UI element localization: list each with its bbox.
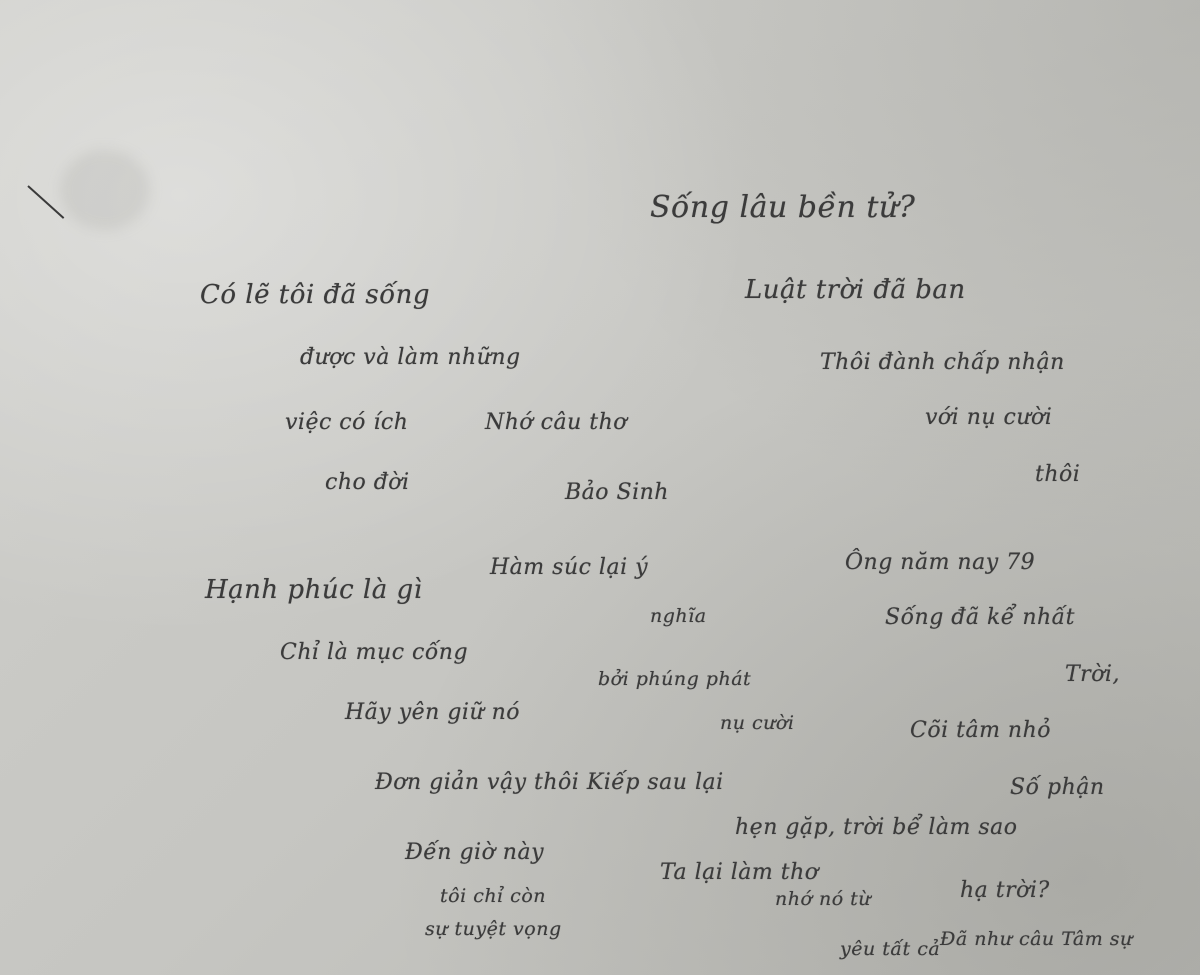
poem-line: Đơn giản vậy thôi Kiếp sau lại: [375, 770, 724, 795]
poem-line: Có lẽ tôi đã sống: [200, 280, 430, 310]
poem-line: Luật trời đã ban: [745, 275, 966, 305]
poem-line: với nụ cười: [925, 405, 1052, 430]
poem-line: Thôi đành chấp nhận: [820, 350, 1065, 375]
poem-line: yêu tất cả: [840, 938, 940, 960]
poem-line: Hạnh phúc là gì: [205, 575, 422, 605]
poem-line: Trời,: [1065, 662, 1120, 687]
poem-line: nụ cười: [720, 712, 794, 734]
poem-line: Chỉ là mục cống: [280, 640, 468, 665]
poem-line: Nhớ câu thơ: [485, 410, 627, 435]
poem-line: hạ trời?: [960, 878, 1050, 903]
poem-line: Đã như câu Tâm sự: [940, 928, 1133, 950]
poem-line: Bảo Sinh: [565, 480, 669, 505]
poem-line: việc có ích: [285, 410, 408, 435]
poem-line: Đến giờ này: [405, 840, 544, 865]
stray-pencil-mark: [27, 185, 64, 219]
paper-sheet: Sống lâu bền tử? Có lẽ tôi đã sống được …: [0, 0, 1200, 975]
poem-line: bởi phúng phát: [598, 668, 751, 690]
poem-line: Ông năm nay 79: [845, 550, 1035, 575]
poem-line: Số phận: [1010, 775, 1105, 800]
poem-line: hẹn gặp, trời bể làm sao: [735, 815, 1018, 840]
poem-line: sự tuyệt vọng: [425, 918, 562, 940]
poem-line: Hàm súc lại ý: [490, 555, 648, 580]
poem-line: Ta lại làm thơ: [660, 860, 819, 885]
poem-line: Cõi tâm nhỏ: [910, 718, 1051, 743]
poem-line: nghĩa: [650, 605, 707, 627]
poem-line: nhớ nó từ: [775, 888, 871, 910]
paper-smudge: [60, 150, 150, 230]
poem-line: Hãy yên giữ nó: [345, 700, 520, 725]
poem-line: thôi: [1035, 462, 1080, 487]
poem-title: Sống lâu bền tử?: [650, 190, 915, 225]
poem-line: Sống đã kể nhất: [885, 605, 1075, 630]
poem-line: tôi chỉ còn: [440, 885, 546, 907]
poem-line: được và làm những: [300, 345, 521, 370]
poem-line: cho đời: [325, 470, 410, 495]
